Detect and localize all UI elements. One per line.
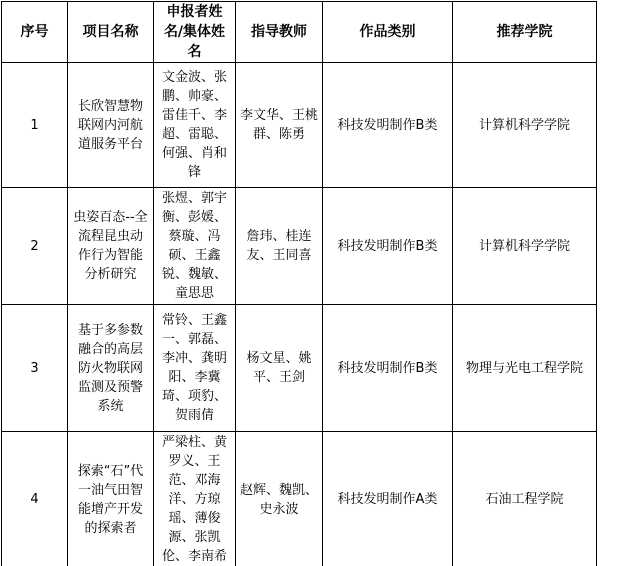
cell-category: 科技发明制作A类 [323, 432, 453, 566]
header-row: 序号 项目名称 申报者姓名/集体姓名 指导教师 作品类别 推荐学院 [2, 2, 597, 63]
cell-members: 严梁柱、黄罗义、王范、邓海洋、方琼瑶、薄俊源、张凯伦、李南希 [154, 432, 236, 566]
cell-college: 计算机科学学院 [453, 63, 597, 188]
cell-advisor: 杨文星、姚平、王剑 [236, 305, 323, 432]
table-row: 3 基于多参数融合的高层防火物联网监测及预警系统 常铃、王鑫一、郭磊、李冲、龚明… [2, 305, 597, 432]
table-row: 2 虫姿百态--全流程昆虫动作行为智能分析研究 张煜、郭宇衡、彭媛、蔡璇、冯硕、… [2, 188, 597, 305]
cell-advisor: 詹玮、桂连友、王同喜 [236, 188, 323, 305]
cell-no: 1 [2, 63, 68, 188]
header-project: 项目名称 [68, 2, 154, 63]
table-row: 4 探索“石”代一油气田智能增产开发的探索者 严梁柱、黄罗义、王范、邓海洋、方琼… [2, 432, 597, 566]
cell-no: 2 [2, 188, 68, 305]
cell-category: 科技发明制作B类 [323, 63, 453, 188]
cell-no: 3 [2, 305, 68, 432]
project-table: 序号 项目名称 申报者姓名/集体姓名 指导教师 作品类别 推荐学院 1 长欣智慧… [1, 1, 597, 566]
cell-advisor: 赵辉、魏凯、史永波 [236, 432, 323, 566]
header-members: 申报者姓名/集体姓名 [154, 2, 236, 63]
cell-advisor: 李文华、王桃群、陈勇 [236, 63, 323, 188]
cell-project: 基于多参数融合的高层防火物联网监测及预警系统 [68, 305, 154, 432]
cell-project: 长欣智慧物联网内河航道服务平台 [68, 63, 154, 188]
header-advisor: 指导教师 [236, 2, 323, 63]
cell-members: 常铃、王鑫一、郭磊、李冲、龚明阳、李冀琦、项豹、贺雨倩 [154, 305, 236, 432]
cell-project: 虫姿百态--全流程昆虫动作行为智能分析研究 [68, 188, 154, 305]
cell-members: 文金波、张鹏、帅豪、雷佳千、李超、雷聪、何强、肖和锋 [154, 63, 236, 188]
header-category: 作品类别 [323, 2, 453, 63]
cell-no: 4 [2, 432, 68, 566]
header-no: 序号 [2, 2, 68, 63]
cell-members: 张煜、郭宇衡、彭媛、蔡璇、冯硕、王鑫锐、魏敏、童思思 [154, 188, 236, 305]
cell-category: 科技发明制作B类 [323, 188, 453, 305]
header-college: 推荐学院 [453, 2, 597, 63]
cell-college: 计算机科学学院 [453, 188, 597, 305]
cell-college: 石油工程学院 [453, 432, 597, 566]
cell-category: 科技发明制作B类 [323, 305, 453, 432]
table-row: 1 长欣智慧物联网内河航道服务平台 文金波、张鹏、帅豪、雷佳千、李超、雷聪、何强… [2, 63, 597, 188]
cell-college: 物理与光电工程学院 [453, 305, 597, 432]
cell-project: 探索“石”代一油气田智能增产开发的探索者 [68, 432, 154, 566]
